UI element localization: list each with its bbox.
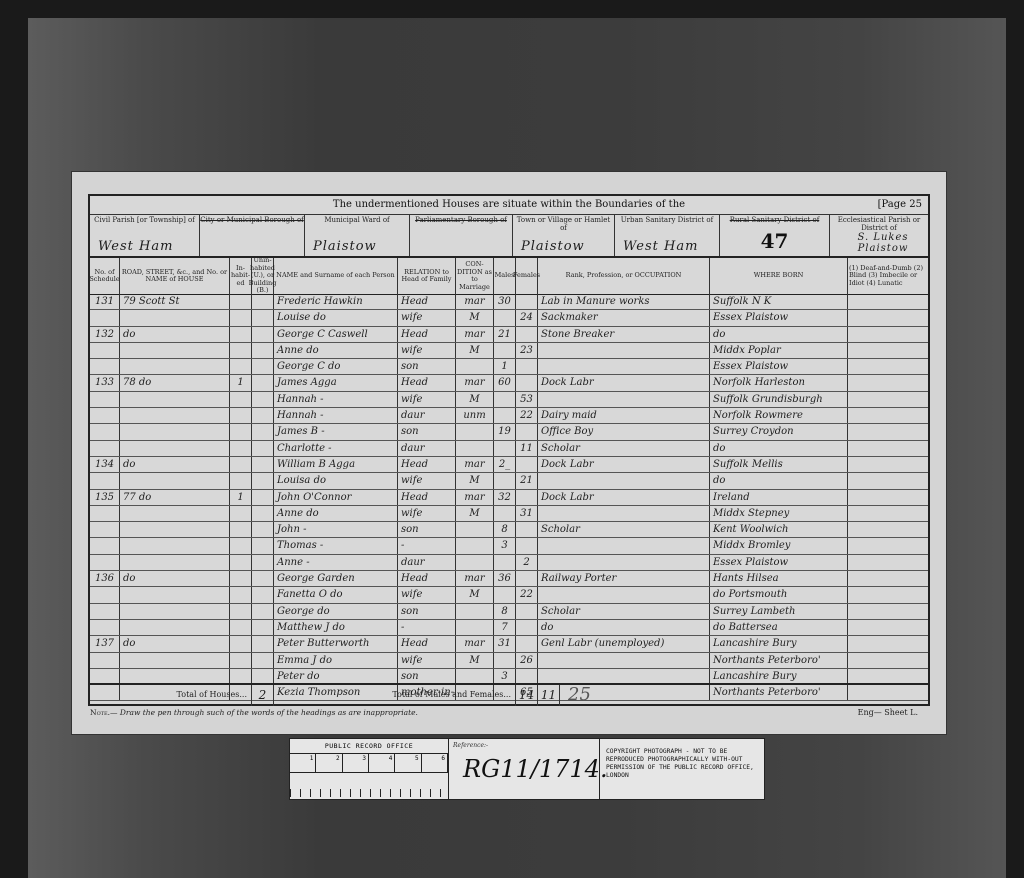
- office-name: PUBLIC RECORD OFFICE: [290, 739, 448, 754]
- cell-name: Charlotte -: [274, 441, 398, 456]
- table-row: Fanetta O dowifeM22do Portsmouth: [90, 587, 928, 603]
- boundary-ecclesiastical: Ecclesiastical Parish or District of S. …: [830, 214, 928, 256]
- ruler-numbers: 1 2 3 4 5 6: [290, 754, 448, 773]
- cell-inhabited: [230, 538, 252, 553]
- cell-relation: wife: [398, 653, 456, 668]
- boundary-label: Town or Village or Hamlet of: [513, 216, 614, 232]
- cell-inhabited: [230, 408, 252, 423]
- cell-inhabited: [230, 327, 252, 342]
- table-row: 136doGeorge GardenHeadmar36Railway Porte…: [90, 571, 928, 587]
- cell-schedule: 131: [90, 294, 120, 309]
- cell-infirmity: [848, 473, 928, 488]
- cell-infirmity: [848, 490, 928, 505]
- cell-uninhabited: [252, 587, 274, 602]
- cell-occupation: Scholar: [538, 522, 710, 537]
- cell-born: do Portsmouth: [710, 587, 848, 602]
- cell-relation: son: [398, 522, 456, 537]
- cell-name: George C do: [274, 359, 398, 374]
- cell-condition: mar: [456, 571, 494, 586]
- col-inhabited-label: In-habit-ed: [231, 265, 250, 288]
- page-number: [Page 25: [878, 196, 922, 214]
- cell-born: Norfolk Rowmere: [710, 408, 848, 423]
- cell-inhabited: [230, 506, 252, 521]
- page-title: The undermentioned Houses are situate wi…: [90, 196, 928, 215]
- cell-uninhabited: [252, 620, 274, 635]
- cell-road: [120, 424, 230, 439]
- cell-male-age: [494, 408, 516, 423]
- cell-occupation: [538, 653, 710, 668]
- cell-born: Essex Plaistow: [710, 359, 848, 374]
- boundary-town: Town or Village or Hamlet of Plaistow: [513, 214, 615, 256]
- cell-name: George Garden: [274, 571, 398, 586]
- ruler-number: 6: [422, 754, 448, 772]
- cell-relation: son: [398, 359, 456, 374]
- cell-born: do: [710, 441, 848, 456]
- cell-born: Middx Stepney: [710, 506, 848, 521]
- cell-born: Essex Plaistow: [710, 310, 848, 325]
- cell-female-age: [516, 620, 538, 635]
- cell-infirmity: [848, 653, 928, 668]
- boundary-label: Civil Parish [or Township] of: [90, 216, 199, 224]
- cell-name: Frederic Hawkin: [274, 294, 398, 309]
- cell-condition: M: [456, 506, 494, 521]
- cell-condition: [456, 538, 494, 553]
- ruler-number: 4: [369, 754, 395, 772]
- table-row: Thomas --3Middx Bromley: [90, 538, 928, 554]
- cell-female-age: [516, 522, 538, 537]
- cell-relation: son: [398, 669, 456, 684]
- cell-female-age: 11: [516, 441, 538, 456]
- cell-female-age: [516, 490, 538, 505]
- cell-infirmity: [848, 604, 928, 619]
- cell-schedule: [90, 392, 120, 407]
- cell-schedule: [90, 604, 120, 619]
- cell-condition: M: [456, 653, 494, 668]
- cell-condition: [456, 424, 494, 439]
- cell-born: Kent Woolwich: [710, 522, 848, 537]
- reference-box: Reference:- RG11/1714.: [449, 739, 600, 799]
- table-row: 132doGeorge C CaswellHeadmar21Stone Brea…: [90, 327, 928, 343]
- col-uninhabited: Unin-habited (U.), or Building (B.): [252, 258, 274, 294]
- cell-born: Surrey Croydon: [710, 424, 848, 439]
- table-row: 13179 Scott StFrederic HawkinHeadmar30La…: [90, 294, 928, 310]
- cell-schedule: [90, 343, 120, 358]
- ruler-number: 3: [343, 754, 369, 772]
- cell-infirmity: [848, 424, 928, 439]
- cell-uninhabited: [252, 375, 274, 390]
- cell-name: John -: [274, 522, 398, 537]
- cell-relation: Head: [398, 327, 456, 342]
- cell-female-age: 31: [516, 506, 538, 521]
- cell-schedule: 132: [90, 327, 120, 342]
- total-houses-label: Total of Houses...: [90, 685, 252, 706]
- cell-inhabited: [230, 424, 252, 439]
- cell-occupation: [538, 587, 710, 602]
- cell-male-age: 8: [494, 522, 516, 537]
- cell-road: [120, 587, 230, 602]
- cell-born: Middx Poplar: [710, 343, 848, 358]
- cell-uninhabited: [252, 343, 274, 358]
- cell-road: [120, 343, 230, 358]
- col-females: Females: [516, 258, 538, 294]
- cell-road: [120, 441, 230, 456]
- cell-schedule: [90, 522, 120, 537]
- cell-female-age: [516, 375, 538, 390]
- cell-road: 78 do: [120, 375, 230, 390]
- cell-male-age: [494, 555, 516, 570]
- cell-uninhabited: [252, 506, 274, 521]
- cell-road: [120, 669, 230, 684]
- cell-infirmity: [848, 441, 928, 456]
- boundary-value: West Ham: [623, 239, 698, 254]
- cell-occupation: Dock Labr: [538, 375, 710, 390]
- cell-relation: daur: [398, 555, 456, 570]
- cell-uninhabited: [252, 522, 274, 537]
- cell-schedule: [90, 555, 120, 570]
- ruler-number: 5: [395, 754, 421, 772]
- cell-uninhabited: [252, 294, 274, 309]
- cell-inhabited: [230, 343, 252, 358]
- cell-female-age: [516, 669, 538, 684]
- table-row: 137doPeter ButterworthHeadmar31Genl Labr…: [90, 636, 928, 652]
- cell-female-age: [516, 457, 538, 472]
- boundary-borough: City or Municipal Borough of: [200, 214, 305, 256]
- cell-condition: [456, 359, 494, 374]
- cell-name: William B Agga: [274, 457, 398, 472]
- cell-male-age: 21: [494, 327, 516, 342]
- cell-condition: mar: [456, 636, 494, 651]
- cell-relation: wife: [398, 473, 456, 488]
- cell-uninhabited: [252, 441, 274, 456]
- cell-schedule: 137: [90, 636, 120, 651]
- cell-male-age: 30: [494, 294, 516, 309]
- cell-schedule: 136: [90, 571, 120, 586]
- cell-road: [120, 620, 230, 635]
- cell-male-age: 19: [494, 424, 516, 439]
- cell-female-age: [516, 571, 538, 586]
- cell-inhabited: [230, 571, 252, 586]
- cell-born: Ireland: [710, 490, 848, 505]
- note-text: Draw the pen through such of the words o…: [120, 708, 418, 717]
- col-infirmity: (1) Deaf-and-Dumb (2) Blind (3) Imbecile…: [848, 258, 928, 294]
- col-relation: RELATION to Head of Family: [398, 258, 456, 294]
- table-row: George C doson1Essex Plaistow: [90, 359, 928, 375]
- cell-infirmity: [848, 636, 928, 651]
- cell-schedule: [90, 653, 120, 668]
- cell-infirmity: [848, 555, 928, 570]
- table-row: 13378 do1James AggaHeadmar60Dock LabrNor…: [90, 375, 928, 391]
- cell-condition: [456, 555, 494, 570]
- cell-uninhabited: [252, 490, 274, 505]
- cell-uninhabited: [252, 359, 274, 374]
- cell-female-age: [516, 424, 538, 439]
- cell-inhabited: 1: [230, 490, 252, 505]
- cell-road: [120, 408, 230, 423]
- cell-uninhabited: [252, 408, 274, 423]
- cell-name: Peter Butterworth: [274, 636, 398, 651]
- total-males: 14: [516, 685, 538, 706]
- cell-infirmity: [848, 620, 928, 635]
- cell-female-age: [516, 294, 538, 309]
- boundary-value: Plaistow: [313, 239, 377, 254]
- cell-female-age: 53: [516, 392, 538, 407]
- col-name: NAME and Surname of each Person: [274, 258, 398, 294]
- cell-occupation: Sackmaker: [538, 310, 710, 325]
- cell-name: Emma J do: [274, 653, 398, 668]
- cell-relation: Head: [398, 294, 456, 309]
- cell-road: [120, 473, 230, 488]
- cell-inhabited: [230, 392, 252, 407]
- cell-schedule: [90, 359, 120, 374]
- cell-inhabited: [230, 669, 252, 684]
- cell-infirmity: [848, 669, 928, 684]
- cell-inhabited: [230, 522, 252, 537]
- cell-male-age: [494, 473, 516, 488]
- cell-relation: daur: [398, 408, 456, 423]
- boundary-label: Parliamentary Borough of: [410, 216, 512, 224]
- cell-condition: M: [456, 392, 494, 407]
- cell-road: [120, 310, 230, 325]
- ruler-ticks: [290, 773, 448, 797]
- cell-male-age: 2_: [494, 457, 516, 472]
- note-prefix: Note.—: [90, 708, 118, 717]
- table-row: John -son8ScholarKent Woolwich: [90, 522, 928, 538]
- cell-infirmity: [848, 359, 928, 374]
- table-row: Emma J dowifeM26Northants Peterboro': [90, 653, 928, 669]
- total-persons-label: Total of Males and Females...: [274, 685, 516, 706]
- cell-name: Fanetta O do: [274, 587, 398, 602]
- cell-schedule: [90, 424, 120, 439]
- boundary-label: Rural Sanitary District of: [720, 216, 829, 224]
- cell-female-age: 2: [516, 555, 538, 570]
- boundary-value: West Ham: [98, 239, 173, 254]
- cell-road: [120, 604, 230, 619]
- cell-relation: wife: [398, 392, 456, 407]
- cell-infirmity: [848, 457, 928, 472]
- cell-born: Essex Plaistow: [710, 555, 848, 570]
- cell-name: Anne -: [274, 555, 398, 570]
- cell-uninhabited: [252, 538, 274, 553]
- cell-occupation: [538, 669, 710, 684]
- cell-uninhabited: [252, 571, 274, 586]
- cell-relation: wife: [398, 310, 456, 325]
- cell-uninhabited: [252, 457, 274, 472]
- col-occupation: Rank, Profession, or OCCUPATION: [538, 258, 710, 294]
- table-row: Hannah -wifeM53Suffolk Grundisburgh: [90, 392, 928, 408]
- cell-female-age: 21: [516, 473, 538, 488]
- cell-born: Hants Hilsea: [710, 571, 848, 586]
- cell-road: [120, 522, 230, 537]
- cell-schedule: 134: [90, 457, 120, 472]
- cell-born: Suffolk Mellis: [710, 457, 848, 472]
- cell-born: Lancashire Bury: [710, 636, 848, 651]
- cell-road: do: [120, 457, 230, 472]
- cell-infirmity: [848, 392, 928, 407]
- cell-inhabited: [230, 294, 252, 309]
- cell-male-age: [494, 506, 516, 521]
- cell-relation: wife: [398, 506, 456, 521]
- cell-inhabited: [230, 604, 252, 619]
- col-condition: CON-DITION as to Marriage: [456, 258, 494, 294]
- boundary-parliamentary: Parliamentary Borough of: [410, 214, 513, 256]
- cell-uninhabited: [252, 669, 274, 684]
- cell-relation: Head: [398, 490, 456, 505]
- cell-occupation: [538, 555, 710, 570]
- cell-female-age: 23: [516, 343, 538, 358]
- col-schedule: No. of Schedule: [90, 258, 120, 294]
- boundary-urban-sanitary: Urban Sanitary District of West Ham: [615, 214, 720, 256]
- enumeration-district-number: 47: [761, 229, 789, 253]
- boundary-label: City or Municipal Borough of: [200, 216, 304, 224]
- cell-name: James Agga: [274, 375, 398, 390]
- table-row: George doson8ScholarSurrey Lambeth: [90, 604, 928, 620]
- cell-infirmity: [848, 294, 928, 309]
- cell-infirmity: [848, 343, 928, 358]
- total-houses-value: 2: [252, 685, 274, 706]
- cell-schedule: [90, 669, 120, 684]
- cell-schedule: 133: [90, 375, 120, 390]
- cell-condition: [456, 522, 494, 537]
- cell-occupation: Office Boy: [538, 424, 710, 439]
- cell-uninhabited: [252, 310, 274, 325]
- cell-born: do: [710, 327, 848, 342]
- boundary-label: Ecclesiastical Parish or District of: [830, 216, 928, 232]
- cell-female-age: 26: [516, 653, 538, 668]
- cell-born: Suffolk N K: [710, 294, 848, 309]
- cell-road: do: [120, 571, 230, 586]
- cell-road: [120, 653, 230, 668]
- cell-occupation: Scholar: [538, 604, 710, 619]
- cell-male-age: [494, 653, 516, 668]
- cell-schedule: [90, 538, 120, 553]
- reference-value: RG11/1714.: [463, 755, 608, 783]
- copyright-notice: COPYRIGHT PHOTOGRAPH - NOT TO BE REPRODU…: [600, 739, 764, 799]
- cell-born: Middx Bromley: [710, 538, 848, 553]
- cell-infirmity: [848, 375, 928, 390]
- cell-male-age: 36: [494, 571, 516, 586]
- cell-relation: daur: [398, 441, 456, 456]
- footer-note: Note.— Draw the pen through such of the …: [90, 708, 418, 717]
- cell-road: do: [120, 327, 230, 342]
- cell-male-age: [494, 392, 516, 407]
- cell-occupation: Dairy maid: [538, 408, 710, 423]
- cell-male-age: 32: [494, 490, 516, 505]
- cell-condition: mar: [456, 490, 494, 505]
- cell-name: John O'Connor: [274, 490, 398, 505]
- cell-schedule: 135: [90, 490, 120, 505]
- cell-name: Louise do: [274, 310, 398, 325]
- cell-occupation: Dock Labr: [538, 490, 710, 505]
- cell-condition: M: [456, 310, 494, 325]
- boundary-ward: Municipal Ward of Plaistow: [305, 214, 410, 256]
- cell-occupation: [538, 392, 710, 407]
- table-row: James B -son19Office BoySurrey Croydon: [90, 424, 928, 440]
- ruler-number: 2: [316, 754, 342, 772]
- cell-occupation: Lab in Manure works: [538, 294, 710, 309]
- cell-inhabited: [230, 457, 252, 472]
- cell-schedule: [90, 310, 120, 325]
- cell-occupation: Stone Breaker: [538, 327, 710, 342]
- cell-male-age: [494, 310, 516, 325]
- cell-female-age: 22: [516, 587, 538, 602]
- cell-road: 77 do: [120, 490, 230, 505]
- col-road: ROAD, STREET, &c., and No. or NAME of HO…: [120, 258, 230, 294]
- cell-condition: mar: [456, 294, 494, 309]
- cell-uninhabited: [252, 555, 274, 570]
- cell-name: Hannah -: [274, 408, 398, 423]
- cell-occupation: [538, 538, 710, 553]
- cell-uninhabited: [252, 424, 274, 439]
- cell-inhabited: [230, 636, 252, 651]
- table-row: Hannah -daurunm22Dairy maidNorfolk Rowme…: [90, 408, 928, 424]
- scale-ruler: PUBLIC RECORD OFFICE 1 2 3 4 5 6: [290, 739, 449, 799]
- cell-relation: -: [398, 620, 456, 635]
- sheet-label: Eng— Sheet L.: [858, 708, 918, 717]
- boundary-label: Municipal Ward of: [305, 216, 409, 224]
- archive-label-strip: PUBLIC RECORD OFFICE 1 2 3 4 5 6 Referen…: [289, 738, 765, 800]
- cell-relation: son: [398, 424, 456, 439]
- cell-infirmity: [848, 538, 928, 553]
- cell-female-age: [516, 538, 538, 553]
- cell-inhabited: [230, 359, 252, 374]
- cell-schedule: [90, 408, 120, 423]
- cell-condition: M: [456, 473, 494, 488]
- cell-uninhabited: [252, 636, 274, 651]
- census-page: The undermentioned Houses are situate wi…: [72, 172, 946, 734]
- cell-condition: [456, 620, 494, 635]
- cell-occupation: Dock Labr: [538, 457, 710, 472]
- cell-name: Louisa do: [274, 473, 398, 488]
- cell-uninhabited: [252, 653, 274, 668]
- cell-name: James B -: [274, 424, 398, 439]
- cell-female-age: 22: [516, 408, 538, 423]
- table-row: 134doWilliam B AggaHeadmar2_Dock LabrSuf…: [90, 457, 928, 473]
- boundary-label: Urban Sanitary District of: [615, 216, 719, 224]
- cell-occupation: [538, 506, 710, 521]
- cell-occupation: [538, 359, 710, 374]
- cell-infirmity: [848, 506, 928, 521]
- cell-female-age: [516, 636, 538, 651]
- cell-condition: unm: [456, 408, 494, 423]
- boundaries-row: Civil Parish [or Township] of West Ham C…: [90, 214, 928, 258]
- table-row: Anne -daur2Essex Plaistow: [90, 555, 928, 571]
- cell-male-age: 3: [494, 538, 516, 553]
- cell-name: Anne do: [274, 343, 398, 358]
- cell-name: Matthew J do: [274, 620, 398, 635]
- cell-born: Surrey Lambeth: [710, 604, 848, 619]
- cell-male-age: [494, 343, 516, 358]
- cell-occupation: Railway Porter: [538, 571, 710, 586]
- boundary-parish: Civil Parish [or Township] of West Ham: [90, 214, 200, 256]
- cell-relation: son: [398, 604, 456, 619]
- cell-male-age: 3: [494, 669, 516, 684]
- census-rows: 13179 Scott StFrederic HawkinHeadmar30La…: [90, 294, 928, 701]
- cell-infirmity: [848, 310, 928, 325]
- cell-male-age: 60: [494, 375, 516, 390]
- cell-condition: mar: [456, 327, 494, 342]
- cell-inhabited: [230, 310, 252, 325]
- cell-relation: Head: [398, 571, 456, 586]
- cell-male-age: [494, 587, 516, 602]
- cell-condition: [456, 604, 494, 619]
- cell-inhabited: [230, 587, 252, 602]
- cell-relation: -: [398, 538, 456, 553]
- cell-name: George do: [274, 604, 398, 619]
- cell-inhabited: [230, 473, 252, 488]
- cell-inhabited: 1: [230, 375, 252, 390]
- cell-road: 79 Scott St: [120, 294, 230, 309]
- cell-occupation: [538, 343, 710, 358]
